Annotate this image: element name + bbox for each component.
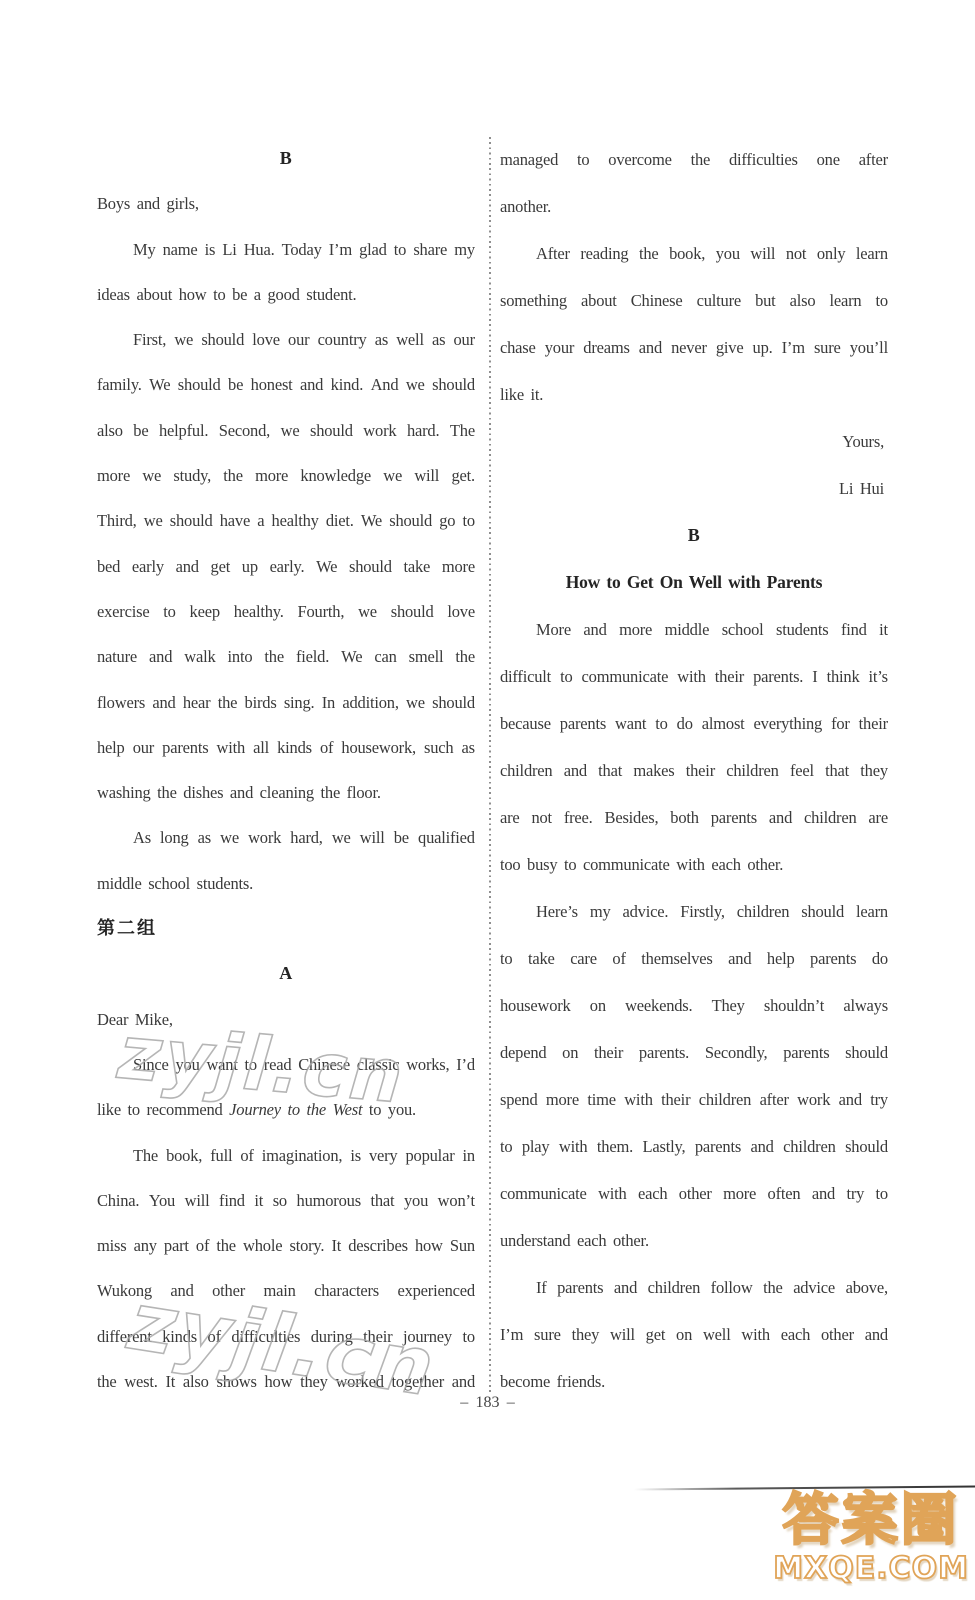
answer-site-logo-chinese: 答案圈 (773, 1490, 969, 1552)
text-line: 第二组 (97, 906, 475, 951)
text-line: B (97, 136, 475, 181)
text-line: houseworkonweekends.Theyshouldn’talways (500, 982, 888, 1029)
text-line: bedearlyandgetupearly.Weshouldtakemore (97, 544, 475, 589)
text-line: communicatewitheachothermoreoftenandtryt… (500, 1170, 888, 1217)
text-line: childrenandthatmakestheirchildrenfeeltha… (500, 747, 888, 794)
text-line: missanypartofthewholestory.Itdescribesho… (97, 1223, 475, 1268)
answer-site-logo-url: MXQE.COM (773, 1554, 969, 1584)
scanned-answer-page: BBoys and girls,MynameisLiHua.TodayI’mgl… (0, 0, 975, 1600)
text-line: alsobehelpful.Second,weshouldworkhard.Th… (97, 408, 475, 453)
text-line: too busy to communicate with each other. (500, 841, 888, 888)
text-line: ideas about how to be a good student. (97, 272, 475, 317)
text-line: Thebook,fullofimagination,isverypopulari… (97, 1133, 475, 1178)
text-line: another. (500, 183, 888, 230)
text-line: I’msuretheywillgetonwellwitheachotherand (500, 1311, 888, 1358)
text-line: managedtoovercomethedifficultiesoneafter (500, 136, 888, 183)
right-text-column: managedtoovercomethedifficultiesoneafter… (500, 136, 888, 1405)
text-line: morewestudy,themoreknowledgewewillget. (97, 453, 475, 498)
text-line: somethingaboutChineseculturebutalsolearn… (500, 277, 888, 324)
text-line: toplaywiththem.Lastly,parentsandchildren… (500, 1123, 888, 1170)
text-line: Here’smyadvice.Firstly,childrenshouldlea… (500, 888, 888, 935)
text-line: becauseparentswanttodoalmosteverythingfo… (500, 700, 888, 747)
left-text-column: BBoys and girls,MynameisLiHua.TodayI’mgl… (97, 136, 475, 1404)
text-line: understand each other. (500, 1217, 888, 1264)
text-line: A (97, 951, 475, 996)
column-divider-dotted-line (489, 137, 491, 1393)
text-line: natureandwalkintothefield.Wecansmellthe (97, 634, 475, 679)
text-line: arenotfree.Besides,bothparentsandchildre… (500, 794, 888, 841)
text-line: exercisetokeephealthy.Fourth,weshouldlov… (97, 589, 475, 634)
text-line: Moreandmoremiddleschoolstudentsfindit (500, 606, 888, 653)
page-number: – 183 – (0, 1394, 975, 1412)
text-line: Yours, (500, 418, 888, 465)
text-line: like it. (500, 371, 888, 418)
text-line: Third,weshouldhaveahealthydiet.Weshouldg… (97, 498, 475, 543)
text-line: middle school students. (97, 861, 475, 906)
text-line: helpourparentswithallkindsofhousework,su… (97, 725, 475, 770)
text-line: MynameisLiHua.TodayI’mgladtosharemy (97, 227, 475, 272)
text-line: spendmoretimewiththeirchildrenafterworka… (500, 1076, 888, 1123)
text-line: family.Weshouldbehonestandkind.Andweshou… (97, 362, 475, 407)
text-line: dependontheirparents.Secondly,parentssho… (500, 1029, 888, 1076)
text-line: flowersandhearthebirdssing.Inaddition,we… (97, 680, 475, 725)
text-line: Boys and girls, (97, 181, 475, 226)
text-line: China.Youwillfinditsohumorousthatyouwon’… (97, 1178, 475, 1223)
text-line: Li Hui (500, 465, 888, 512)
text-line: Afterreadingthebook,youwillnotonlylearn (500, 230, 888, 277)
text-line: totakecareofthemselvesandhelpparentsdo (500, 935, 888, 982)
text-line: B (500, 512, 888, 559)
text-line: washing the dishes and cleaning the floo… (97, 770, 475, 815)
text-line: First,weshouldloveourcountryaswellasour (97, 317, 475, 362)
text-line: Ifparentsandchildrenfollowtheadviceabove… (500, 1264, 888, 1311)
text-line: difficulttocommunicatewiththeirparents.I… (500, 653, 888, 700)
text-line: How to Get On Well with Parents (500, 559, 888, 606)
text-line: chaseyourdreamsandnevergiveup.I’msureyou… (500, 324, 888, 371)
answer-site-watermark: 答案圈 MXQE.COM (773, 1490, 969, 1584)
text-line: Aslongasweworkhard,wewillbequalified (97, 815, 475, 860)
